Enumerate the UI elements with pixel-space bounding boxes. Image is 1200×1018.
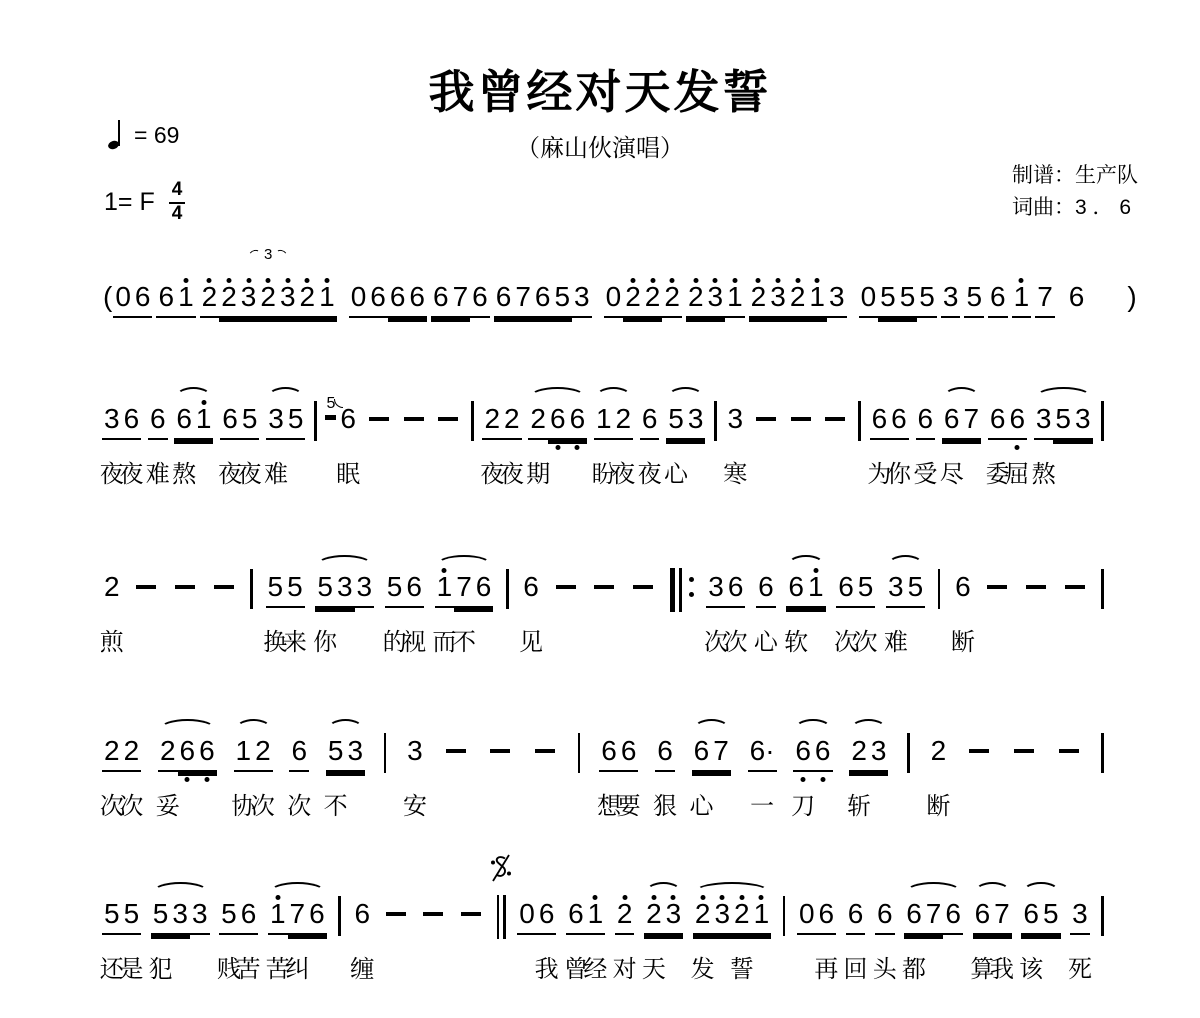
note-group: 6夜 — [640, 400, 660, 440]
barline — [314, 401, 317, 441]
note-glyph: 7 — [288, 895, 308, 935]
note-glyph: 6 — [474, 568, 494, 608]
barline — [714, 401, 717, 441]
note: 6 — [388, 278, 408, 318]
note-glyph: 1 — [176, 278, 196, 318]
note-group: 6心7 — [692, 732, 731, 772]
note: 6 — [813, 732, 833, 772]
note-glyph: 6 — [904, 895, 924, 935]
note-glyph: 6· — [748, 732, 777, 772]
note: 3 — [572, 278, 592, 318]
octave-dot-above — [266, 278, 271, 283]
segno-icon — [489, 853, 513, 883]
note: 3 — [941, 278, 961, 318]
sustain-dash — [369, 417, 389, 421]
note: 5的 — [385, 568, 405, 608]
barline — [1101, 733, 1104, 773]
note: 6 — [407, 278, 427, 318]
note-group: 2夜2夜 — [482, 400, 521, 440]
note-glyph: 1 — [806, 568, 826, 608]
note: 2斩 — [849, 732, 869, 772]
note: 3次 — [706, 568, 726, 608]
note-group: 2断 — [929, 732, 949, 770]
note: 2妥 — [158, 732, 178, 772]
note-glyph: 3 — [706, 568, 726, 608]
lyric: 期 — [526, 454, 550, 489]
note-glyph: 6 — [786, 568, 806, 608]
note: 2夜 — [482, 400, 502, 440]
note: 1经 — [586, 895, 606, 935]
note-group: 6缠 — [352, 895, 372, 933]
note-group: 23213 — [749, 278, 847, 318]
octave-dot-above — [795, 278, 800, 283]
double-barline — [497, 895, 506, 939]
note-glyph: 7 — [454, 568, 474, 608]
note-glyph: 5 — [964, 278, 984, 318]
note: 2 — [219, 278, 239, 318]
note-group: 3安 — [405, 732, 425, 770]
note: 3 — [712, 895, 732, 935]
note-group: 3难5 — [266, 400, 305, 440]
note: 6视 — [404, 568, 424, 608]
score-line: (066132232321066667667653022223123213055… — [100, 278, 1108, 319]
octave-dot-below — [820, 777, 825, 782]
lyric: 经 — [583, 949, 607, 984]
note: 5 — [898, 278, 918, 318]
note-glyph: 2 — [644, 895, 664, 935]
triplet-mark: 3 — [234, 246, 303, 263]
note-group: 2对 — [615, 895, 635, 935]
note-glyph: 7 — [1035, 278, 1055, 318]
note-glyph: 3 — [405, 732, 425, 770]
octave-dot-below — [555, 445, 560, 450]
time-signature: 4 4 — [169, 180, 186, 225]
lyric: 我 — [990, 949, 1014, 984]
lyric: 该 — [1019, 949, 1043, 984]
note: 3 — [335, 568, 355, 608]
note-glyph: 2 — [623, 278, 643, 318]
note: 7不 — [454, 568, 474, 608]
note: 7我 — [992, 895, 1012, 935]
note: 6算 — [973, 895, 993, 935]
note: 5来 — [285, 568, 305, 608]
note-glyph: 6 — [239, 895, 259, 935]
note-glyph: 6 — [156, 278, 176, 318]
note-group: 0222 — [604, 278, 682, 318]
note: 3 — [1073, 400, 1093, 440]
note-glyph: 2 — [528, 400, 548, 440]
note-group: 6·一 — [748, 732, 777, 772]
note-group: 6心 — [756, 568, 776, 608]
note: 3难 — [886, 568, 906, 608]
lyric: 妥 — [156, 786, 180, 821]
credits: 制谱：生产队 词曲：3 ． 6 — [1012, 160, 1138, 223]
note: 5 — [552, 278, 572, 318]
note-glyph: 0 — [859, 278, 879, 318]
note: 6回 — [846, 895, 866, 935]
note-glyph: 3 — [345, 732, 365, 772]
octave-dot-below — [204, 777, 209, 782]
note-glyph: 5 — [552, 278, 572, 318]
note-group: 56眠 — [325, 400, 357, 438]
note-glyph: 3 — [190, 895, 210, 935]
lyric: 夜 — [638, 454, 662, 489]
note-glyph: 5 — [326, 732, 346, 772]
lyric: 头 — [873, 949, 897, 984]
note-glyph: 2 — [102, 732, 122, 772]
sustain-dash — [136, 585, 156, 589]
note: 6 — [474, 568, 494, 608]
note: 5犯 — [151, 895, 171, 935]
note-group: 3寒 — [726, 400, 746, 438]
note: 6 — [197, 732, 217, 772]
score-line: 2次2次2妥661协2次6次5不33安6想6要6狠6心76·一6刀62斩32断 — [100, 732, 1108, 773]
note-group: 2妥66 — [158, 732, 217, 772]
note: 1 — [317, 278, 337, 318]
note-glyph: 7 — [924, 895, 944, 935]
note-group: 5的6视 — [385, 568, 424, 608]
octave-dot-above — [651, 895, 656, 900]
note-glyph: 2 — [662, 278, 682, 318]
lyric: 缠 — [350, 949, 374, 984]
note-glyph: 7 — [451, 278, 471, 318]
lyric: 誓 — [730, 949, 754, 984]
octave-dot-above — [183, 278, 188, 283]
note-glyph: 3 — [239, 278, 259, 318]
note: 2天 — [644, 895, 664, 935]
note: 0 — [517, 895, 537, 935]
note: 5 — [1053, 400, 1073, 440]
note-glyph: 3 — [1073, 400, 1093, 440]
note-glyph: 7 — [992, 895, 1012, 935]
note: 5 — [878, 278, 898, 318]
note-group: 2发32誓1 — [693, 895, 771, 935]
triplet-number: 3 — [264, 246, 272, 263]
note-glyph: 6 — [655, 732, 675, 772]
lyric: 熬 — [172, 454, 196, 489]
note-glyph: 3 — [712, 895, 732, 935]
note-glyph: 6 — [388, 278, 408, 318]
lyric: 你 — [313, 622, 337, 657]
note: 6熬 — [174, 400, 194, 440]
note: 1 — [1012, 278, 1032, 318]
note-group: 6为6你 — [870, 400, 909, 440]
note: 5是 — [122, 895, 142, 935]
note: 6见 — [521, 568, 541, 606]
note: 2 — [643, 278, 663, 318]
note-glyph: 6 — [988, 400, 1008, 440]
octave-dot-above — [305, 278, 310, 283]
note-group: 5贱6苦 — [219, 895, 258, 935]
note-glyph: 5 — [1053, 400, 1073, 440]
note: 3夜 — [102, 400, 122, 440]
note-glyph: 3 — [726, 400, 746, 438]
note-group: 3熬53 — [1034, 400, 1093, 440]
lyric: 煎 — [100, 622, 124, 657]
sustain-dash — [1065, 585, 1085, 589]
note-group: 6都76 — [904, 895, 963, 935]
note-glyph: 5 — [102, 895, 122, 935]
note: 3 — [869, 732, 889, 772]
note: 6狠 — [655, 732, 675, 772]
note-group: 32232321 — [200, 278, 337, 318]
lyric: 回 — [844, 949, 868, 984]
note-group: 6算7我 — [973, 895, 1012, 935]
note: 6次 — [289, 732, 309, 772]
note-group: 3次6次 — [706, 568, 745, 608]
note: 6缠 — [352, 895, 372, 933]
double-barline-stroke — [497, 895, 500, 939]
note-glyph: 3 — [278, 278, 298, 318]
song-title: 我曾经对天发誓 — [0, 56, 1200, 122]
octave-dot-above — [815, 278, 820, 283]
note-glyph: 6 — [407, 278, 427, 318]
note-glyph: 2 — [686, 278, 706, 318]
lyric: 对 — [613, 949, 637, 984]
note-group: 2斩3 — [849, 732, 888, 772]
note-glyph: 1 — [1012, 278, 1032, 318]
note-glyph: 1 — [268, 895, 288, 935]
lyric: 都 — [902, 949, 926, 984]
note-glyph: 6 — [793, 732, 813, 772]
lyric: 视 — [402, 622, 426, 657]
note-group: 1盼2夜 — [594, 400, 633, 440]
note: 6难 — [148, 400, 168, 440]
note-glyph: 2 — [615, 895, 635, 935]
note: 6 — [1067, 278, 1087, 316]
sustain-dash — [423, 912, 443, 916]
note-glyph: 2 — [102, 568, 122, 606]
note: 7 — [711, 732, 731, 772]
note: 3 — [278, 278, 298, 318]
note: 6想 — [599, 732, 619, 772]
time-signature-numerator: 4 — [169, 180, 186, 204]
octave-dot-above — [246, 278, 251, 283]
lyric: 次 — [251, 786, 275, 821]
note-group: 5心3 — [666, 400, 705, 440]
note-group: 1苦7纠6 — [268, 895, 327, 935]
note-glyph: 7 — [513, 278, 533, 318]
barline — [506, 569, 509, 609]
note-group: 6夜5夜 — [220, 400, 259, 440]
lyric: 刀 — [791, 786, 815, 821]
octave-dot-above — [813, 568, 818, 573]
repeat-thin-stroke — [679, 568, 682, 612]
note-group: 0555 — [859, 278, 937, 318]
lyric: 不 — [452, 622, 476, 657]
note-group: 6见 — [521, 568, 541, 606]
note-glyph: 6 — [889, 400, 909, 440]
note-glyph: 6 — [174, 400, 194, 440]
note-glyph: 1 — [752, 895, 772, 935]
note-group: 7 — [1035, 278, 1055, 318]
note-glyph: 6 — [521, 568, 541, 606]
note: 5换 — [266, 568, 286, 608]
lyric: 死 — [1068, 949, 1092, 984]
note-glyph: 1 — [317, 278, 337, 318]
note: 6 — [178, 732, 198, 772]
note-glyph: 3 — [355, 568, 375, 608]
note: 6 — [548, 400, 568, 440]
note: 3 — [355, 568, 375, 608]
note-glyph: 6 — [870, 400, 890, 440]
barline — [471, 401, 474, 441]
octave-dot-above — [693, 278, 698, 283]
barline — [250, 569, 253, 609]
note: 0 — [859, 278, 879, 318]
lyric: 心 — [664, 454, 688, 489]
sustain-dash — [175, 585, 195, 589]
note: 2 — [662, 278, 682, 318]
note: 3熬 — [1034, 400, 1054, 440]
note: 2夜 — [614, 400, 634, 440]
barline — [578, 733, 581, 773]
octave-dot-above — [622, 895, 627, 900]
note: 6心 — [756, 568, 776, 608]
tempo-marking: = 69 — [108, 120, 179, 150]
note: 5不 — [326, 732, 346, 772]
lyric: 断 — [926, 786, 950, 821]
note-glyph: 1 — [807, 278, 827, 318]
note: 6 — [568, 400, 588, 440]
barline — [384, 733, 387, 773]
note-glyph: 1 — [594, 400, 614, 440]
lyric: 断 — [951, 622, 975, 657]
note-group: 06我 — [517, 895, 556, 935]
note: 6 — [156, 278, 176, 318]
note: 6 — [431, 278, 451, 318]
note-group: 6狠 — [655, 732, 675, 772]
lyric: 次 — [854, 622, 878, 657]
note-glyph: 5 — [286, 400, 306, 440]
note-glyph: 3 — [686, 400, 706, 440]
note-group: 6回 — [846, 895, 866, 935]
note-glyph: 2 — [219, 278, 239, 318]
repeat-dot — [689, 592, 694, 597]
segno-mark — [489, 853, 513, 888]
note-glyph: 2 — [788, 278, 808, 318]
sustain-dash — [535, 749, 555, 753]
note: 1 — [176, 278, 196, 318]
note: 1 — [725, 278, 745, 318]
sustain-dash — [987, 585, 1007, 589]
lyric: 夜 — [500, 454, 524, 489]
note-group: 2天3 — [644, 895, 683, 935]
note: 3安 — [405, 732, 425, 770]
note-group: 6断 — [953, 568, 973, 606]
octave-dot-above — [630, 278, 635, 283]
note-glyph: 2 — [482, 400, 502, 440]
note: 3 — [239, 278, 259, 318]
note-glyph: 5 — [266, 568, 286, 608]
note: 2次 — [253, 732, 273, 772]
lyric: 次 — [287, 786, 311, 821]
lyric: 苦 — [237, 949, 261, 984]
lyric: 要 — [617, 786, 641, 821]
note-glyph: 5 — [219, 895, 239, 935]
sustain-dash — [969, 749, 989, 753]
note-glyph: 5 — [315, 568, 335, 608]
note-group: 6头 — [875, 895, 895, 935]
lyric: 你 — [887, 454, 911, 489]
note-group: 5你33 — [315, 568, 374, 608]
note: 5 — [906, 568, 926, 608]
sustain-dash — [490, 749, 510, 753]
note: 6夜 — [122, 400, 142, 440]
note-glyph: 3 — [170, 895, 190, 935]
lyric: 我 — [535, 949, 559, 984]
note-group: 6曾1经 — [566, 895, 605, 935]
note-glyph: 2 — [158, 732, 178, 772]
note: 1苦 — [268, 895, 288, 935]
note-glyph: 6 — [122, 400, 142, 440]
barline — [907, 733, 910, 773]
lyric: 心 — [754, 622, 778, 657]
note-group: 0666 — [349, 278, 427, 318]
note-glyph: 6 — [973, 895, 993, 935]
sustain-dash — [556, 585, 576, 589]
sustain-dash — [791, 417, 811, 421]
note-glyph: 2 — [732, 895, 752, 935]
triplet-arc-left — [248, 248, 262, 261]
note-glyph: 5 — [240, 400, 260, 440]
note: 2 — [258, 278, 278, 318]
sustain-dash — [825, 417, 845, 421]
note: 3 — [827, 278, 847, 318]
note-glyph: 6 — [953, 568, 973, 606]
note-glyph: 6 — [568, 400, 588, 440]
note: 2誓 — [732, 895, 752, 935]
note: 1 — [752, 895, 772, 935]
note-glyph: 2 — [749, 278, 769, 318]
note: 3寒 — [726, 400, 746, 438]
note: 6委 — [988, 400, 1008, 440]
note-glyph: 3 — [102, 400, 122, 440]
score-line: 3夜6夜6难6熬16夜5夜3难556眠2夜2夜2期661盼2夜6夜5心33寒6为… — [100, 400, 1108, 441]
note-glyph: 6 — [533, 278, 553, 318]
note-glyph: 5 — [906, 568, 926, 608]
note: 6心 — [692, 732, 712, 772]
note: 6你 — [889, 400, 909, 440]
note-group: 06再 — [797, 895, 836, 935]
note: 6夜 — [640, 400, 660, 440]
note-glyph: 6 — [599, 732, 619, 772]
triplet-arc-right — [274, 248, 288, 261]
note-glyph: 5 — [285, 568, 305, 608]
note-glyph: 6 — [640, 400, 660, 440]
key-signature: 1= F 4 4 — [104, 180, 185, 225]
lyric: 见 — [519, 622, 543, 657]
sustain-dash — [438, 417, 458, 421]
note: 3 — [706, 278, 726, 318]
note: 7 — [513, 278, 533, 318]
note-glyph: 2 — [253, 732, 273, 772]
note: 6次 — [726, 568, 746, 608]
sustain-dash — [404, 417, 424, 421]
octave-dot-below — [575, 445, 580, 450]
octave-dot-above — [324, 278, 329, 283]
lyric: 来 — [283, 622, 307, 657]
note-group: (06 — [102, 278, 152, 318]
note: 2断 — [929, 732, 949, 770]
octave-dot-above — [285, 278, 290, 283]
note-glyph: 1 — [435, 568, 455, 608]
note: 7 — [924, 895, 944, 935]
note: 7 — [451, 278, 471, 318]
note-group: ) — [1126, 278, 1137, 316]
score-line: 5还5是5犯335贱6苦1苦7纠66缠06我6曾1经2对2天32发32誓106再… — [100, 895, 1108, 939]
lyric: 是 — [119, 949, 143, 984]
